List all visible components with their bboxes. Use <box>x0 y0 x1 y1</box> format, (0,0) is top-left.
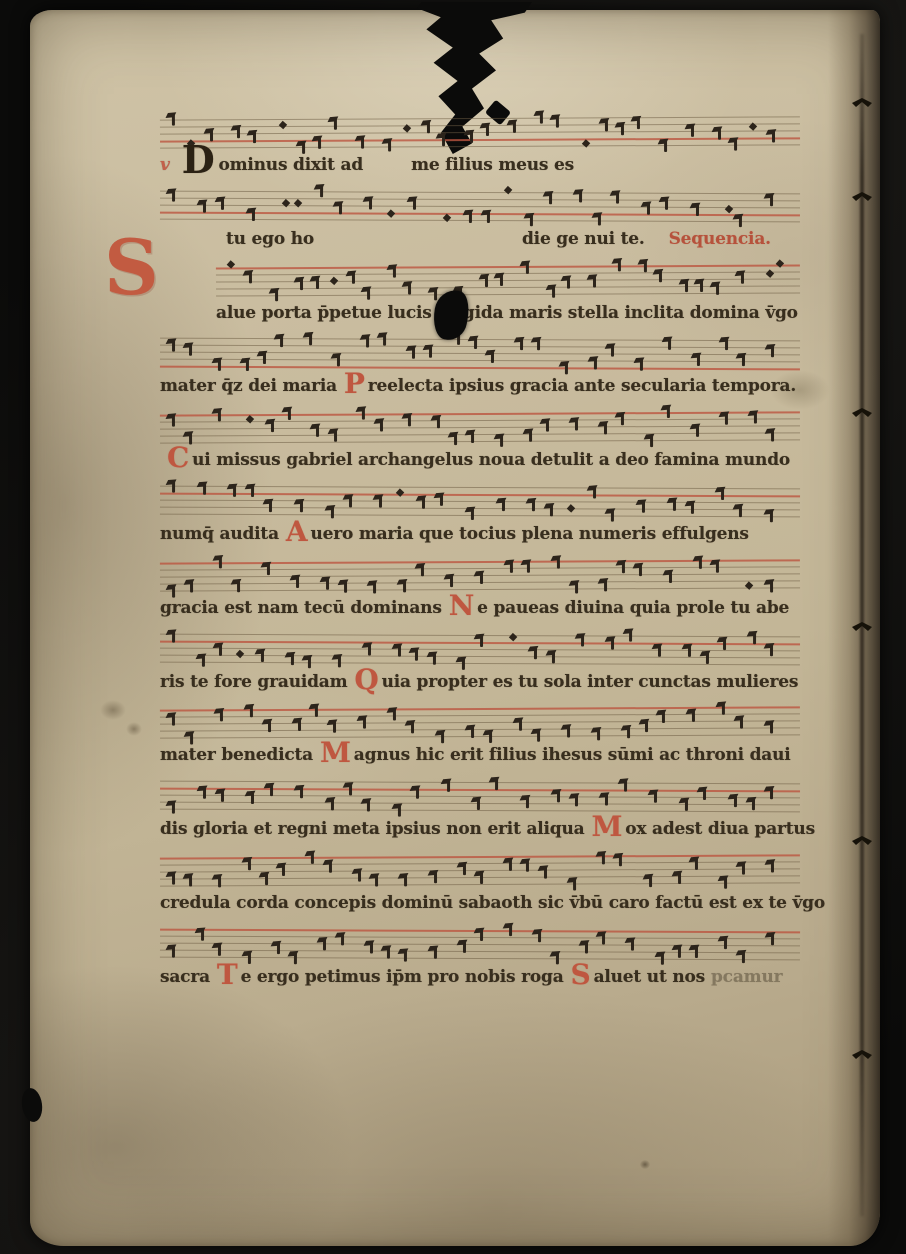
neume-mark <box>621 413 624 425</box>
neume-mark <box>556 952 559 964</box>
neume-mark <box>491 351 494 363</box>
neume-mark <box>411 722 414 734</box>
stave-11 <box>160 854 800 891</box>
neume-mark <box>172 114 175 126</box>
neume-mark <box>469 211 472 223</box>
stave-line <box>160 500 800 504</box>
black-initial: D <box>182 137 215 182</box>
chant-text: dis gloria et regni meta ipsius non erit… <box>160 819 584 839</box>
neume-mark <box>642 501 645 513</box>
stave-line <box>160 861 800 866</box>
neume-mark <box>308 656 311 668</box>
neume-mark <box>673 499 676 511</box>
neume-mark <box>471 726 474 738</box>
chant-text-line-9: mater benedictaMagnus hic erit filius ih… <box>160 745 810 765</box>
neume-mark <box>771 860 774 872</box>
neume-mark <box>537 730 540 742</box>
chant-text: uia propter es tu sola inter cunctas mul… <box>382 672 799 692</box>
neume-mark <box>659 270 662 282</box>
neume-mark <box>221 198 224 210</box>
red-stave-line <box>160 854 800 859</box>
neume-mark <box>337 355 340 367</box>
stave-line <box>160 735 800 740</box>
red-stave-line <box>160 559 800 564</box>
neume-mark <box>471 431 474 443</box>
stave-10 <box>160 781 800 818</box>
neume-mark <box>552 651 555 663</box>
neume-mark <box>739 215 742 227</box>
red-initial: Q <box>354 663 378 696</box>
red-initial: M <box>591 810 622 843</box>
neume-mark <box>367 800 370 812</box>
neume-mark <box>480 872 483 884</box>
neume-mark <box>437 416 440 428</box>
neume-mark <box>233 485 236 497</box>
neume-mark <box>629 629 632 641</box>
neume-mark <box>771 346 774 358</box>
neume-mark <box>462 658 465 670</box>
neume-mark <box>367 287 370 299</box>
stave-line <box>160 721 800 726</box>
neume-mark <box>509 859 512 871</box>
neume-mark <box>716 561 719 573</box>
neume-mark <box>500 274 503 286</box>
neume-mark <box>282 864 285 876</box>
neume-mark <box>502 499 505 511</box>
neume-mark <box>463 863 466 875</box>
neume-mark <box>546 420 549 432</box>
chant-text-line-10: dis gloria et regni meta ipsius non erit… <box>160 819 810 839</box>
neume-mark <box>530 214 533 226</box>
neume-mark <box>266 563 269 575</box>
red-stave-line <box>160 412 800 417</box>
stave-2 <box>160 190 800 227</box>
neume-mark <box>602 932 605 944</box>
chant-text-line-12: sacraTe ergo petimus ip̄m pro nobis roga… <box>160 967 810 987</box>
stave-line <box>160 514 800 518</box>
neume-mark <box>253 131 256 143</box>
neume-mark <box>270 784 273 796</box>
music-text-block: vDominus dixit adme filius meus estu ego… <box>160 118 812 1004</box>
neume-mark <box>696 425 699 437</box>
system-9: mater benedictaMagnus hic erit filius ih… <box>160 708 812 782</box>
chant-text: agnus hic erit filius ihesus sūmi ac th… <box>354 745 791 765</box>
stave-line <box>160 426 800 431</box>
neume-mark <box>538 930 541 942</box>
neume-mark <box>593 486 596 498</box>
chant-text-line-4: mater q̄z dei mariaPreelecta ipsius grac… <box>160 376 810 396</box>
neume-mark <box>341 933 344 945</box>
neume-mark <box>593 275 596 287</box>
neume-mark <box>218 359 221 371</box>
chant-text: sacra <box>160 967 210 987</box>
neume-mark <box>770 644 773 656</box>
neume-mark <box>753 632 756 644</box>
neume-mark <box>605 119 608 131</box>
neume-mark <box>754 412 757 424</box>
neume-mark <box>650 435 653 447</box>
stain <box>100 700 126 720</box>
chant-text-line-8: ris te fore grauidamQuia propter es tu s… <box>160 672 810 692</box>
system-4: mater q̄z dei mariaPreelecta ipsius grac… <box>160 339 812 413</box>
neume-mark <box>487 211 490 223</box>
stave-line <box>160 359 800 363</box>
neume-mark <box>480 572 483 584</box>
neume-mark <box>434 871 437 883</box>
stave-line <box>160 507 800 511</box>
neume-mark <box>393 709 396 721</box>
neume-mark <box>770 510 773 522</box>
stave-line <box>160 197 800 201</box>
neume-mark <box>296 576 299 588</box>
neume-mark <box>280 336 283 348</box>
neume-mark <box>363 717 366 729</box>
neume-mark <box>706 652 709 664</box>
stave-line <box>160 440 800 445</box>
neume-mark <box>172 340 175 352</box>
neume-mark <box>338 655 341 667</box>
neume-mark <box>429 346 432 358</box>
neume-mark <box>480 929 483 941</box>
punctum-mark <box>509 632 517 640</box>
neume-mark <box>585 941 588 953</box>
neume-mark <box>433 947 436 959</box>
neume-mark <box>557 556 560 568</box>
neume-mark <box>485 124 488 136</box>
neume-mark <box>485 275 488 287</box>
neume-mark <box>403 580 406 592</box>
neume-mark <box>334 430 337 442</box>
neume-mark <box>474 337 477 349</box>
neume-mark <box>471 508 474 520</box>
neume-mark <box>219 643 222 655</box>
neume-mark <box>366 336 369 348</box>
neume-mark <box>316 425 319 437</box>
neume-mark <box>695 858 698 870</box>
neume-mark <box>333 721 336 733</box>
neume-mark <box>420 564 423 576</box>
neume-mark <box>369 197 372 209</box>
system-7: gracia est nam tecū dominansNe paueas d… <box>160 561 812 635</box>
neume-mark <box>664 140 667 152</box>
neume-mark <box>383 334 386 346</box>
neume-mark <box>408 282 411 294</box>
stave-3 <box>216 264 800 301</box>
neume-mark <box>323 938 326 950</box>
red-initial: N <box>449 589 474 622</box>
stain <box>640 1160 650 1169</box>
punctum-mark <box>725 205 733 213</box>
neume-mark <box>320 185 323 197</box>
neume-mark <box>447 780 450 792</box>
neume-mark <box>665 198 668 210</box>
neume-mark <box>645 720 648 732</box>
chant-text: reelecta ipsius gracia ante secularia te… <box>368 376 796 396</box>
stave-1 <box>160 116 800 153</box>
chant-text: credula corda concepis dominū sabaoth s… <box>160 893 825 913</box>
neume-mark <box>404 949 407 961</box>
neume-mark <box>339 202 342 214</box>
neume-mark <box>552 285 555 297</box>
red-paraph-mark: v <box>160 155 170 175</box>
neume-mark <box>695 946 698 958</box>
neume-mark <box>772 130 775 142</box>
manuscript-page: vDominus dixit adme filius meus estu ego… <box>30 10 880 1246</box>
chant-text-line-5: Cui missus gabriel archangelus noua detu… <box>160 450 810 470</box>
stave-line <box>160 587 800 592</box>
chant-text-line-7: gracia est nam tecū dominansNe paueas d… <box>160 598 810 618</box>
system-6: numq̄ auditaAuero maria que tocius plena… <box>160 487 812 561</box>
chant-text: me filius meus es <box>411 155 574 175</box>
neume-mark <box>440 494 443 506</box>
system-12: sacraTe ergo petimus ip̄m pro nobis roga… <box>160 930 812 1004</box>
red-stave-line <box>160 493 800 498</box>
neume-mark <box>450 575 453 587</box>
neume-mark <box>248 858 251 870</box>
neume-mark <box>203 787 206 799</box>
neume-mark <box>692 710 695 722</box>
chant-text-line-3: alue porta p̄petue lucis fulgida maris s… <box>216 303 810 323</box>
neume-mark <box>647 203 650 215</box>
neume-mark <box>526 860 529 872</box>
chant-text: numq̄ audita <box>160 524 279 544</box>
neume-mark <box>567 276 570 288</box>
neume-mark <box>415 648 418 660</box>
neume-mark <box>190 580 193 592</box>
neume-mark <box>688 644 691 656</box>
neume-mark <box>480 635 483 647</box>
neume-mark <box>616 191 619 203</box>
stave-line <box>216 292 800 296</box>
neume-mark <box>408 415 411 427</box>
system-10: dis gloria et regni meta ipsius non erit… <box>160 782 812 856</box>
neume-mark <box>598 213 601 225</box>
neume-mark <box>725 413 728 425</box>
left-edge-notch <box>20 1087 45 1123</box>
system-11: credula corda concepis dominū sabaoth s… <box>160 856 812 930</box>
neume-mark <box>579 190 582 202</box>
neume-mark <box>441 732 444 744</box>
neume-mark <box>495 778 498 790</box>
neume-mark <box>658 644 661 656</box>
neume-mark <box>404 874 407 886</box>
neume-mark <box>330 506 333 518</box>
punctum-mark <box>766 269 774 277</box>
neume-mark <box>263 352 266 364</box>
neume-mark <box>309 334 312 346</box>
neume-mark <box>540 112 543 124</box>
neume-mark <box>639 359 642 371</box>
red-stave-line <box>160 366 800 371</box>
neume-mark <box>201 929 204 941</box>
neume-mark <box>770 580 773 592</box>
neume-mark <box>581 634 584 646</box>
neume-mark <box>218 875 221 887</box>
neume-mark <box>699 557 702 569</box>
neume-mark <box>770 787 773 799</box>
chant-text-line-6: numq̄ auditaAuero maria que tocius plena… <box>160 524 810 544</box>
neume-mark <box>724 877 727 889</box>
stave-line <box>160 956 800 960</box>
neume-mark <box>275 289 278 301</box>
neume-mark <box>352 271 355 283</box>
neume-mark <box>604 423 607 435</box>
neume-mark <box>172 481 175 493</box>
neume-mark <box>573 878 576 890</box>
chant-text-line-2: tu ego hodie ge nui te.Sequencia. <box>160 229 810 249</box>
chant-text: ris te fore grauidam <box>160 672 347 692</box>
neume-mark <box>557 791 560 803</box>
neume-mark <box>316 277 319 289</box>
neume-mark <box>594 358 597 370</box>
neume-mark <box>265 873 268 885</box>
chant-text: uero maria que tocius plena numeris effu… <box>310 524 748 544</box>
neume-mark <box>373 581 376 593</box>
neume-mark <box>291 653 294 665</box>
stave-line <box>160 144 800 149</box>
neume-mark <box>368 643 371 655</box>
neume-mark <box>172 415 175 427</box>
neume-mark <box>660 953 663 965</box>
stave-line <box>160 190 800 194</box>
system-2: tu ego hodie ge nui te.Sequencia. <box>160 192 812 266</box>
stave-line <box>160 781 800 785</box>
neume-mark <box>379 420 382 432</box>
chant-text: ox adest diua partus <box>625 819 815 839</box>
red-dropcap-initial: S <box>104 230 159 306</box>
neume-mark <box>246 359 249 371</box>
neume-mark <box>220 710 223 722</box>
stave-line <box>160 809 800 813</box>
neume-mark <box>621 123 624 135</box>
neume-mark <box>619 854 622 866</box>
red-stave-line <box>216 264 800 269</box>
stave-8 <box>160 633 800 670</box>
neume-mark <box>575 419 578 431</box>
neume-mark <box>189 344 192 356</box>
chant-text-line-1: vDominus dixit adme filius meus es <box>160 155 810 175</box>
neume-mark <box>734 139 737 151</box>
neume-mark <box>631 938 634 950</box>
neume-mark <box>172 585 175 597</box>
neume-mark <box>311 852 314 864</box>
neume-mark <box>602 852 605 864</box>
neume-mark <box>344 580 347 592</box>
neume-mark <box>770 194 773 206</box>
neume-mark <box>723 638 726 650</box>
neume-mark <box>549 192 552 204</box>
faded-text: pcamur <box>711 967 782 987</box>
neume-mark <box>696 204 699 216</box>
neume-mark <box>190 733 193 745</box>
neume-mark <box>668 338 671 350</box>
neume-mark <box>771 430 774 442</box>
stave-line <box>160 338 800 342</box>
neume-mark <box>172 630 175 642</box>
neume-mark <box>334 118 337 130</box>
neume-mark <box>685 799 688 811</box>
stave-line <box>160 486 800 490</box>
neume-mark <box>742 355 745 367</box>
neume-mark <box>627 727 630 739</box>
chant-text: ui missus gabriel archangelus noua detul… <box>192 450 790 470</box>
neume-mark <box>575 581 578 593</box>
stave-12 <box>160 928 800 965</box>
binding-gutter <box>828 10 880 1246</box>
chant-text: aluet ut nos <box>594 967 705 987</box>
neume-mark <box>740 717 743 729</box>
neume-mark <box>250 706 253 718</box>
neume-mark <box>237 580 240 592</box>
neume-mark <box>379 496 382 508</box>
neume-mark <box>624 780 627 792</box>
neume-mark <box>649 875 652 887</box>
neume-mark <box>434 288 437 300</box>
neume-mark <box>412 347 415 359</box>
neume-mark <box>500 435 503 447</box>
neume-mark <box>513 121 516 133</box>
neume-mark <box>529 430 532 442</box>
chant-text-line-11: credula corda concepis dominū sabaoth s… <box>160 893 810 913</box>
neume-mark <box>294 952 297 964</box>
neume-mark <box>416 787 419 799</box>
punctum-mark <box>236 649 244 657</box>
neume-mark <box>526 261 529 273</box>
neume-mark <box>315 705 318 717</box>
neume-mark <box>669 571 672 583</box>
neume-mark <box>527 561 530 573</box>
neume-mark <box>387 946 390 958</box>
neume-mark <box>718 128 721 140</box>
neume-mark <box>678 872 681 884</box>
neume-mark <box>249 271 252 283</box>
chant-text: tu ego ho <box>226 229 314 249</box>
red-initial: P <box>344 367 365 400</box>
stave-6 <box>160 486 800 523</box>
neume-mark <box>556 116 559 128</box>
neume-mark <box>611 510 614 522</box>
neume-mark <box>534 647 537 659</box>
punctum-mark <box>567 504 575 512</box>
neume-mark <box>300 786 303 798</box>
neume-mark <box>300 278 303 290</box>
neume-mark <box>189 433 192 445</box>
punctum-mark <box>386 209 394 217</box>
neume-mark <box>734 795 737 807</box>
neume-mark <box>611 345 614 357</box>
neume-mark <box>678 946 681 958</box>
neume-mark <box>667 406 670 418</box>
neume-mark <box>575 795 578 807</box>
neume-mark <box>741 863 744 875</box>
neume-mark <box>654 791 657 803</box>
neume-mark <box>331 799 334 811</box>
neume-mark <box>287 408 290 420</box>
neume-mark <box>565 363 568 375</box>
stave-line <box>160 116 800 121</box>
red-initial: T <box>217 958 238 991</box>
neume-mark <box>270 420 273 432</box>
neume-mark <box>349 784 352 796</box>
neume-mark <box>393 265 396 277</box>
neume-mark <box>463 941 466 953</box>
neume-mark <box>218 944 221 956</box>
neume-mark <box>597 729 600 741</box>
chant-text: gracia est nam tecū dominans <box>160 598 442 618</box>
punctum-mark <box>396 488 404 496</box>
neume-mark <box>454 433 457 445</box>
chant-text: mater q̄z dei maria <box>160 376 337 396</box>
